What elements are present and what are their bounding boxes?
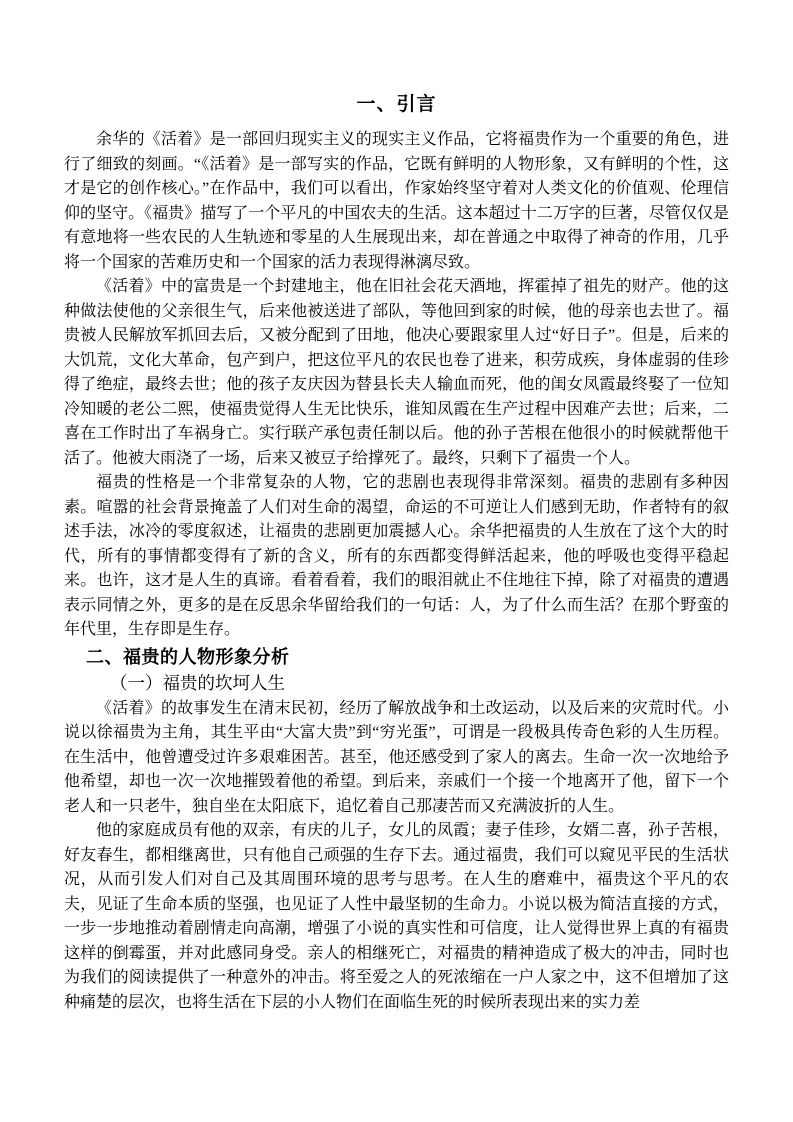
analysis-paragraph-2: 他的家庭成员有他的双亲，有庆的儿子，女儿的凤霞；妻子佳珍，女婿二喜，孙子苦根，好…	[64, 819, 729, 1015]
subsection-heading-bumpy-life: （一）福贵的坎坷人生	[64, 670, 729, 696]
analysis-paragraph-1: 《活着》的故事发生在清末民初，经历了解放战争和土改运动，以及后来的灾荒时代。小说…	[64, 697, 729, 820]
intro-paragraph-2: 《活着》中的富贵是一个封建地主，他在旧社会花天酒地，挥霍掉了祖先的财产。他的这种…	[64, 275, 729, 471]
intro-paragraph-1: 余华的《活着》是一部回归现实主义的现实主义作品，它将福贵作为一个重要的角色，进行…	[64, 128, 729, 275]
section-heading-character-analysis: 二、福贵的人物形象分析	[64, 644, 729, 670]
section-heading-introduction: 一、引言	[64, 92, 729, 118]
intro-paragraph-3: 福贵的性格是一个非常复杂的人物，它的悲剧也表现得非常深刻。福贵的悲剧有多种因素。…	[64, 471, 729, 643]
document-page: 一、引言 余华的《活着》是一部回归现实主义的现实主义作品，它将福贵作为一个重要的…	[0, 0, 793, 1122]
document-content: 一、引言 余华的《活着》是一部回归现实主义的现实主义作品，它将福贵作为一个重要的…	[0, 0, 793, 1015]
